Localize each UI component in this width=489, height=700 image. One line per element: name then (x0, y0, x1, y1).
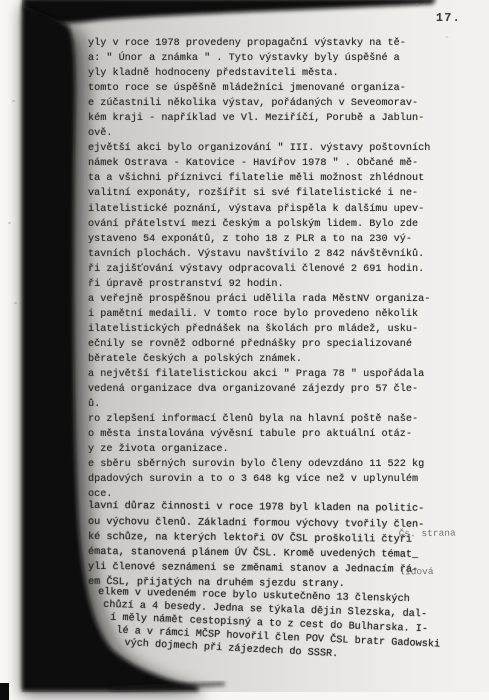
text-line: a: " Únor a známka " . Tyto výstavky byl… (88, 51, 448, 66)
text-line: ilatelistických přednášek na školách pro… (88, 322, 448, 337)
text-line: ejvětší akci bylo organizování " III. vý… (88, 141, 448, 156)
text-line: běratele českých a polských známek. (88, 352, 448, 367)
text-line: námek Ostrava - Katovice - Havířov 1978 … (88, 156, 448, 171)
text-line: i pamětní medaili. V tomto roce bylo pro… (88, 307, 448, 322)
text-line: tomto roce se úspěšně mládežníci jmenova… (88, 81, 448, 96)
margin-annotation-line: Čs. strana (399, 528, 456, 541)
text-line: ově. (88, 126, 448, 141)
text-line: a největší filatelistickou akci " Praga … (88, 367, 448, 382)
text-line: o města instalována vývěsní tabule pro a… (88, 427, 448, 442)
typewritten-body-text: yly v roce 1978 provedeny propagační výs… (88, 36, 448, 668)
scanned-document-page: 17. ' - yly v roce 1978 provedeny propag… (0, 0, 489, 700)
text-line: y ze života organizace. (88, 442, 448, 457)
text-line: kém kraji - například ve Vl. Meziříčí, P… (88, 111, 448, 126)
text-line: yly v roce 1978 provedeny propagační výs… (88, 36, 448, 51)
margin-speck (12, 100, 15, 102)
text-line: ečnily se rovněž odborné přednášky pro s… (88, 337, 448, 352)
margin-speck (8, 222, 11, 224)
text-line: ři úpravě prostranství 92 hodin. (88, 277, 448, 292)
text-line: ování přátelství mezi českým a polským l… (88, 217, 448, 232)
text-line: ilatelistické poznání, výstava přispěla … (88, 202, 448, 217)
text-line: ystaveno 54 exponátů, z toho 18 z PLR a … (88, 232, 448, 247)
text-line: ů. (88, 397, 448, 412)
margin-speck (14, 302, 17, 304)
top-edge-shadow (22, 0, 436, 23)
text-line: tavních plochách. Výstavu navštívilo 2 8… (88, 247, 448, 262)
page-number: 17. (436, 12, 461, 25)
scan-artifact-tick: ' (414, 4, 420, 15)
text-line: e zúčastnili několika výstav, pořádaných… (88, 96, 448, 111)
text-line: yly kladně hodnoceny představiteli města… (88, 66, 448, 81)
text-line: ři zajišťování výstavy odpracovali členo… (88, 262, 448, 277)
text-line: ro zlepšení informací členů byla na hlav… (88, 412, 448, 427)
text-line: ta a všichni příznivci filatelie měli mo… (88, 171, 448, 186)
margin-annotation-line: lidová (399, 565, 456, 578)
text-line: vedená organizace dva organizované zájez… (88, 382, 448, 397)
corner-mark (0, 683, 9, 700)
text-line: dpadových surovin a to o 3 648 kg více n… (88, 472, 448, 487)
text-line: a veřejně prospěšnou práci udělila rada … (88, 292, 448, 307)
text-line: valitní exponáty, rozšířit si své filate… (88, 186, 448, 201)
margin-annotation: Čs. strana lidová (398, 503, 457, 604)
text-line: e sběru sběrných surovin bylo členy odev… (88, 457, 448, 472)
